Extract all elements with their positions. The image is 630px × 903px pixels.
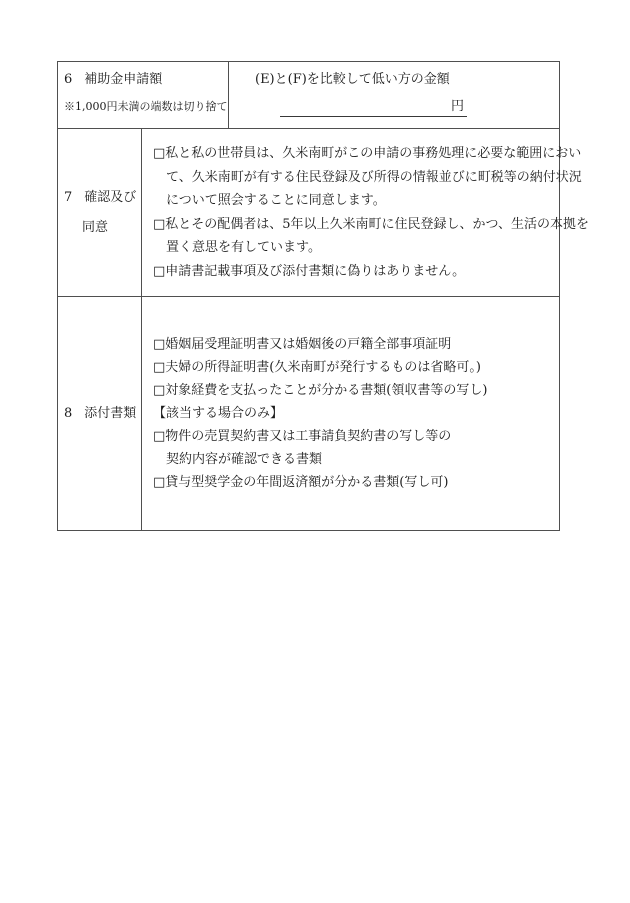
subsidy-amount-title: 補助金申請額 xyxy=(84,72,162,87)
attachment-checkbox-line-5: □貸与型奨学金の年間返済額が分かる書類(写し可) xyxy=(153,471,555,494)
consent-label-cell: 7確認及び 同意 xyxy=(58,129,142,296)
attachment-line-4-cont: 契約内容が確認できる書類 xyxy=(153,448,555,471)
attachment-checkbox-line-4: □物件の売買契約書又は工事請負契約書の写し等の xyxy=(153,425,555,448)
consent-title-part1: 確認及び xyxy=(84,190,136,205)
row-number-6: 6 xyxy=(64,72,72,87)
consent-label-line1: 7確認及び xyxy=(64,183,141,213)
consent-line-1-cont-b: について照会することに同意します。 xyxy=(153,189,555,213)
subsidy-amount-label-line: 6補助金申請額 xyxy=(64,70,224,90)
amount-description: (E)と(F)を比較して低い方の金額 xyxy=(255,70,551,90)
consent-checkbox-line-2: □私とその配偶者は、5年以上久米南町に住民登録し、かつ、生活の本拠を xyxy=(153,213,555,237)
attachments-title: 添付書類 xyxy=(84,406,136,421)
row-attachments: 8添付書類 □婚姻届受理証明書又は婚姻後の戸籍全部事項証明 □夫婦の所得証明書(… xyxy=(58,297,559,530)
row-subsidy-amount: 6補助金申請額 ※1,000円未満の端数は切り捨て (E)と(F)を比較して低い… xyxy=(58,62,559,129)
subsidy-amount-content-cell: (E)と(F)を比較して低い方の金額 円 xyxy=(229,62,559,128)
consent-checkbox-line-3: □申請書記載事項及び添付書類に偽りはありません。 xyxy=(153,260,555,284)
row-number-8: 8 xyxy=(64,406,72,421)
rounding-note: ※1,000円未満の端数は切り捨て xyxy=(64,99,224,114)
attachment-checkbox-line-2: □夫婦の所得証明書(久米南町が発行するものは省略可。) xyxy=(153,356,555,379)
row-consent: 7確認及び 同意 □私と私の世帯員は、久米南町がこの申請の事務処理に必要な範囲に… xyxy=(58,129,559,297)
attachments-label-cell: 8添付書類 xyxy=(58,297,142,530)
consent-checkbox-line-1: □私と私の世帯員は、久米南町がこの申請の事務処理に必要な範囲におい xyxy=(153,142,555,166)
application-form-page: 6補助金申請額 ※1,000円未満の端数は切り捨て (E)と(F)を比較して低い… xyxy=(0,0,630,903)
attachment-checkbox-line-3: □対象経費を支払ったことが分かる書類(領収書等の写し) xyxy=(153,379,555,402)
conditional-section-heading: 【該当する場合のみ】 xyxy=(153,402,555,425)
consent-line-1-cont-a: て、久米南町が有する住民登録及び所得の情報並びに町税等の納付状況 xyxy=(153,166,555,190)
consent-title-part2: 同意 xyxy=(82,213,141,243)
attachments-label-line: 8添付書類 xyxy=(64,399,141,429)
form-table: 6補助金申請額 ※1,000円未満の端数は切り捨て (E)と(F)を比較して低い… xyxy=(57,61,560,531)
attachment-checkbox-line-1: □婚姻届受理証明書又は婚姻後の戸籍全部事項証明 xyxy=(153,333,555,356)
amount-fill-in-line: 円 xyxy=(280,96,467,117)
row-number-7: 7 xyxy=(64,190,72,205)
yen-unit-label: 円 xyxy=(451,97,467,116)
consent-content-cell: □私と私の世帯員は、久米南町がこの申請の事務処理に必要な範囲におい て、久米南町… xyxy=(142,129,559,296)
attachments-content-cell: □婚姻届受理証明書又は婚姻後の戸籍全部事項証明 □夫婦の所得証明書(久米南町が発… xyxy=(142,297,559,530)
consent-line-2-cont: 置く意思を有しています。 xyxy=(153,236,555,260)
subsidy-amount-label-cell: 6補助金申請額 ※1,000円未満の端数は切り捨て xyxy=(58,62,229,128)
